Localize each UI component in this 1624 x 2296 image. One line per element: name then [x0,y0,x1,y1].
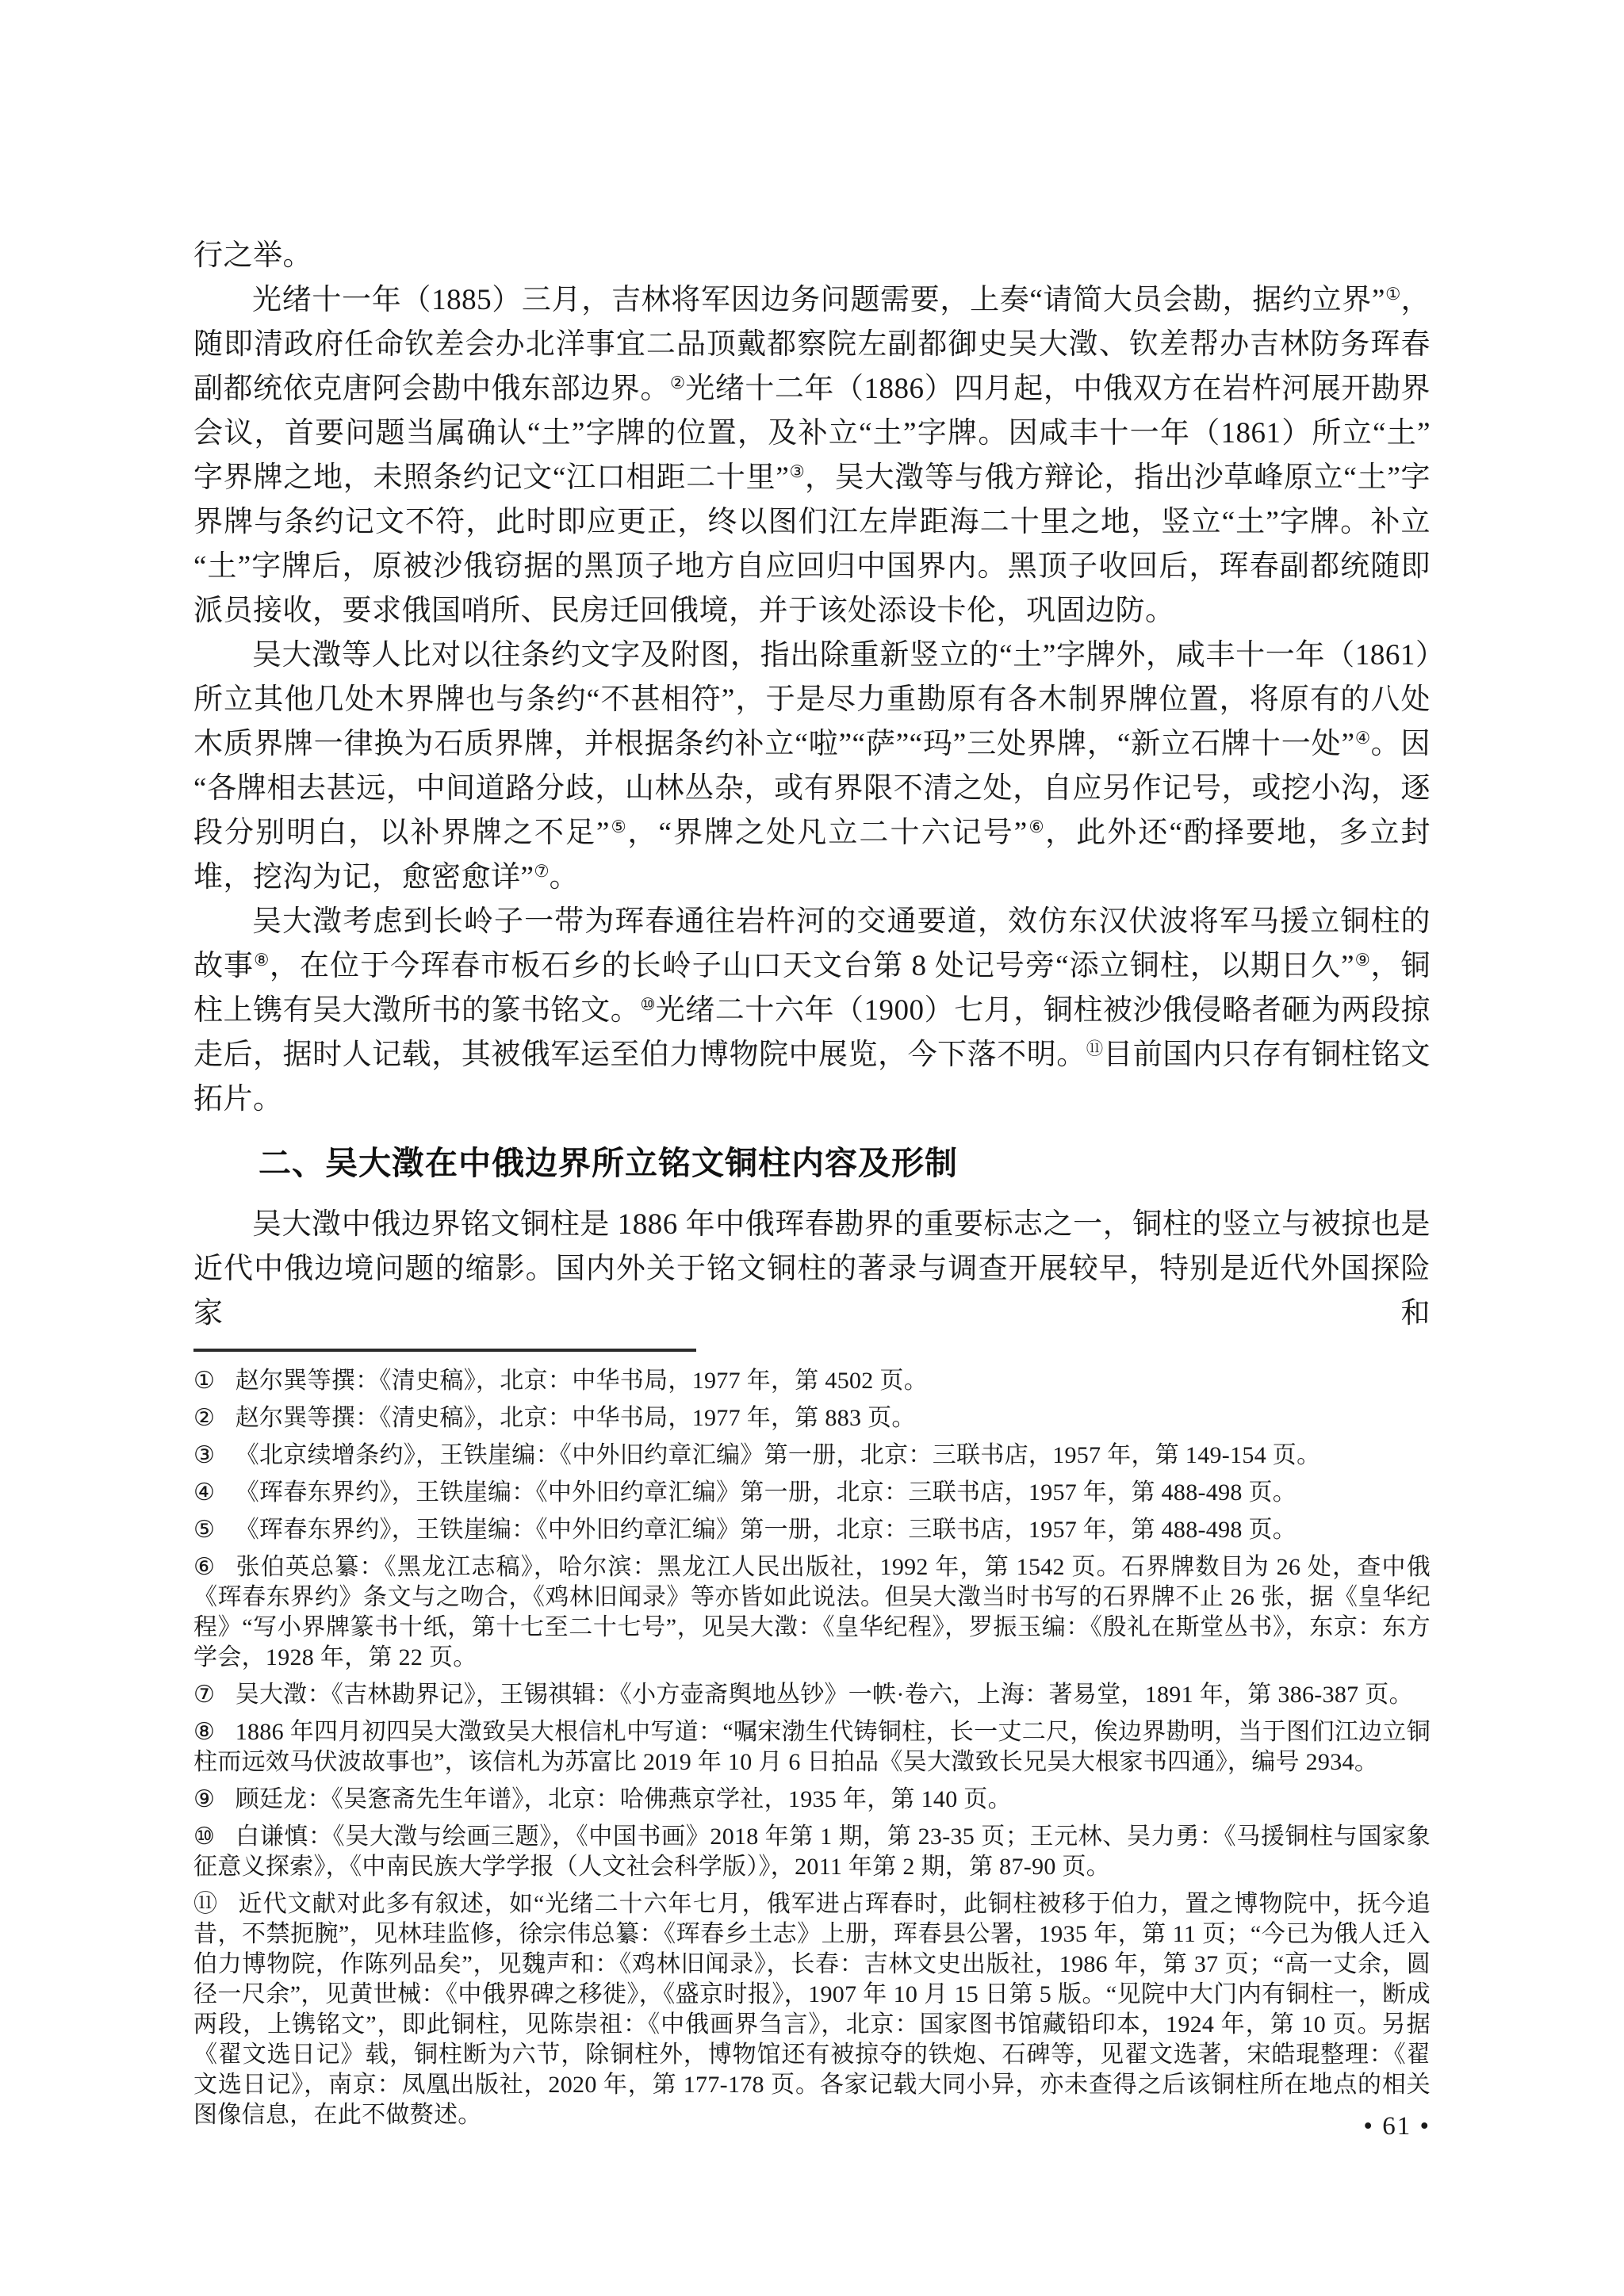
footnote-marker: ⑥ [193,1552,215,1582]
footnote-text: 《北京续增条约》，王铁崖编：《中外旧约章汇编》第一册，北京：三联书店，1957 … [236,1442,1321,1468]
page-content: 行之举。 光绪十一年（1885）三月，吉林将军因边务问题需要，上奏“请简大员会勘… [193,234,1431,2137]
footnote-item: ⑨顾廷龙：《吴愙斋先生年谱》，北京：哈佛燕京学社，1935 年，第 140 页。 [193,1785,1431,1815]
footnote-reference: ① [1385,285,1401,304]
footnote-reference: ⑧ [254,951,270,970]
footnote-marker: ① [193,1366,215,1396]
footnote-item: ⑥张伯英总纂：《黑龙江志稿》，哈尔滨：黑龙江人民出版社，1992 年，第 154… [193,1552,1431,1673]
footnote-reference: ⑩ [640,995,655,1014]
footnote-item: ⑩白谦慎：《吴大澂与绘画三题》，《中国书画》2018 年第 1 期，第 23-3… [193,1822,1431,1882]
footnote-marker: ⑧ [193,1717,215,1747]
paragraph-continuation: 行之举。 [193,234,1431,278]
footnote-reference: ⑤ [610,817,627,836]
footnote-text: 赵尔巽等撰：《清史稿》，北京：中华书局，1977 年，第 883 页。 [236,1405,916,1431]
footnote-marker: ⑪ [193,1889,217,1919]
footnote-text: 1886 年四月初四吴大澂致吴大根信札中写道：“嘱宋渤生代铸铜柱，长一丈二尺，俟… [193,1719,1431,1775]
footnote-reference: ⑨ [1354,951,1370,970]
footnote-text: 《珲春东界约》，王铁崖编：《中外旧约章汇编》第一册，北京：三联书店，1957 年… [236,1517,1297,1543]
footnote-item: ③《北京续增条约》，王铁崖编：《中外旧约章汇编》第一册，北京：三联书店，1957… [193,1441,1431,1471]
document-page: 行之举。 光绪十一年（1885）三月，吉林将军因边务问题需要，上奏“请简大员会勘… [0,0,1624,2296]
footnote-text: 顾廷龙：《吴愙斋先生年谱》，北京：哈佛燕京学社，1935 年，第 140 页。 [236,1786,1012,1812]
footnote-text: 近代文献对此多有叙述，如“光绪二十六年七月，俄军进占珲春时，此铜柱被移于伯力，置… [193,1891,1431,2128]
footnote-separator [193,1349,696,1352]
footnote-reference: ⑥ [1028,817,1045,836]
footnote-reference: ⑦ [534,862,549,881]
footnote-text: 张伯英总纂：《黑龙江志稿》，哈尔滨：黑龙江人民出版社，1992 年，第 1542… [193,1554,1431,1670]
article-body: 行之举。 光绪十一年（1885）三月，吉林将军因边务问题需要，上奏“请简大员会勘… [193,234,1431,1336]
paragraph: 吴大澂等人比对以往条约文字及附图，指出除重新竖立的“土”字牌外，咸丰十一年（18… [193,633,1431,900]
footnote-item: ⑤《珲春东界约》，王铁崖编：《中外旧约章汇编》第一册，北京：三联书店，1957 … [193,1515,1431,1545]
footnote-text: 白谦慎：《吴大澂与绘画三题》，《中国书画》2018 年第 1 期，第 23-35… [193,1823,1431,1880]
page-number: • 61 • [193,2112,1431,2141]
footnote-reference: ⑪ [1086,1039,1103,1058]
footnote-marker: ④ [193,1478,215,1508]
paragraph: 光绪十一年（1885）三月，吉林将军因边务问题需要，上奏“请简大员会勘，据约立界… [193,278,1431,633]
footnote-text: 《珲春东界约》，王铁崖编：《中外旧约章汇编》第一册，北京：三联书店，1957 年… [236,1479,1297,1506]
footnote-item: ①赵尔巽等撰：《清史稿》，北京：中华书局，1977 年，第 4502 页。 [193,1366,1431,1396]
footnote-reference: ② [670,373,685,392]
footnote-item: ⑦吴大澂：《吉林勘界记》，王锡祺辑：《小方壶斋舆地丛钞》一帙·卷六，上海：著易堂… [193,1680,1431,1710]
footnote-item: ②赵尔巽等撰：《清史稿》，北京：中华书局，1977 年，第 883 页。 [193,1403,1431,1433]
footnote-marker: ⑩ [193,1822,215,1852]
footnote-list: ①赵尔巽等撰：《清史稿》，北京：中华书局，1977 年，第 4502 页。 ②赵… [193,1366,1431,2130]
footnote-reference: ③ [789,462,805,481]
paragraph: 吴大澂考虑到长岭子一带为珲春通往岩杵河的交通要道，效仿东汉伏波将军马援立铜柱的故… [193,900,1431,1122]
footnote-text: 赵尔巽等撰：《清史稿》，北京：中华书局，1977 年，第 4502 页。 [236,1368,928,1394]
footnote-marker: ③ [193,1441,215,1471]
footnote-marker: ⑤ [193,1515,215,1545]
footnote-text: 吴大澂：《吉林勘界记》，王锡祺辑：《小方壶斋舆地丛钞》一帙·卷六，上海：著易堂，… [236,1682,1413,1708]
footnote-item: ④《珲春东界约》，王铁崖编：《中外旧约章汇编》第一册，北京：三联书店，1957 … [193,1478,1431,1508]
paragraph: 吴大澂中俄边界铭文铜柱是 1886 年中俄珲春勘界的重要标志之一，铜柱的竖立与被… [193,1203,1431,1336]
footnote-reference: ④ [1355,729,1371,748]
footnote-marker: ⑨ [193,1785,215,1815]
footnote-marker: ⑦ [193,1680,215,1710]
section-heading: 二、吴大澂在中俄边界所立铭文铜柱内容及形制 [259,1142,1431,1184]
footnote-marker: ② [193,1403,215,1433]
footnote-item: ⑧1886 年四月初四吴大澂致吴大根信札中写道：“嘱宋渤生代铸铜柱，长一丈二尺，… [193,1717,1431,1777]
footnote-item: ⑪近代文献对此多有叙述，如“光绪二十六年七月，俄军进占珲春时，此铜柱被移于伯力，… [193,1889,1431,2130]
